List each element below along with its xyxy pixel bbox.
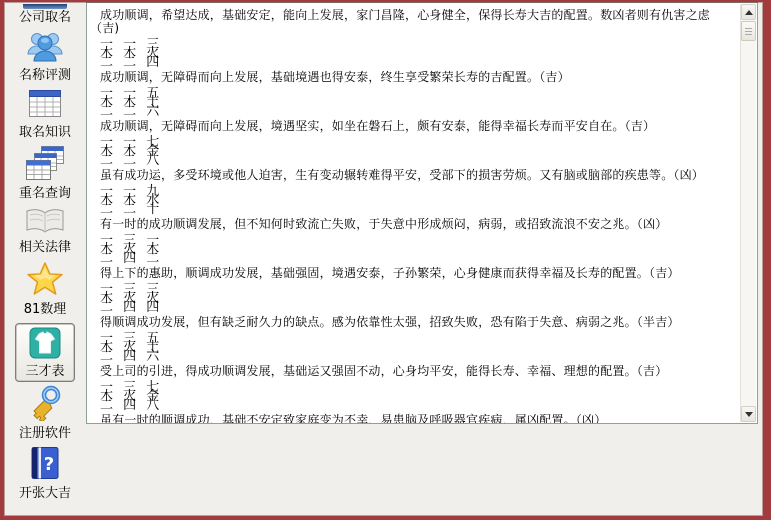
vertical-scrollbar[interactable] — [740, 4, 756, 422]
sidebar-item-name-evaluation[interactable]: 名称评测 — [19, 30, 71, 83]
entry-description: 虽有一时的顺调成功，基础不安定致家庭变为不幸，易患脑及呼吸器官疾病，属凶配置。（… — [90, 414, 739, 424]
entry-elements: 木 火 火 — [90, 294, 739, 303]
sancai-entry: 一 三 五 木 火 土 二 四 六 受上司的引进，得成功顺调发展，基础运又强固不… — [90, 334, 739, 378]
entry-description: 成功顺调，希望达成，基础安定，能向上发展，家门昌隆，心身健全，保得长寿大吉的配置… — [90, 9, 739, 35]
entry-numbers-top: 一 一 五 — [90, 89, 739, 98]
sidebar-item-label: 名称评测 — [19, 68, 71, 83]
entry-numbers-top: 一 一 九 — [90, 187, 739, 196]
star-icon — [26, 261, 64, 301]
entry-elements: 木 火 土 — [90, 343, 739, 352]
sancai-entry: 一 一 九 木 木 水 二 二 十 有一时的成功顺调发展，但不知何时致流亡失败，… — [90, 187, 739, 231]
sidebar-item-sancai-table[interactable]: 三才表 — [15, 323, 75, 382]
svg-text:?: ? — [44, 454, 54, 475]
entry-elements: 木 木 水 — [90, 196, 739, 205]
sidebar-item-label: 重名查询 — [19, 186, 71, 201]
sidebar-item-related-laws[interactable]: 相关法律 — [19, 207, 71, 255]
sancai-text-panel: 成功顺调，希望达成，基础安定，能向上发展，家门昌隆，心身健全，保得长寿大吉的配置… — [86, 2, 758, 424]
sancai-entry: 成功顺调，希望达成，基础安定，能向上发展，家门昌隆，心身健全，保得长寿大吉的配置… — [90, 9, 739, 35]
scroll-down-button[interactable] — [741, 406, 756, 422]
people-icon — [26, 30, 64, 67]
sidebar-item-duplicate-name-search[interactable]: 重名查询 — [19, 145, 71, 201]
help-book-icon: ? — [30, 446, 60, 485]
sancai-entries: 成功顺调，希望达成，基础安定，能向上发展，家门昌隆，心身健全，保得长寿大吉的配置… — [90, 9, 739, 424]
scroll-down-arrow-icon — [745, 412, 753, 417]
entry-elements: 木 火 木 — [90, 245, 739, 254]
sancai-entry: 一 一 七 木 木 金 二 二 八 虽有成功运，多受环境或他人迫害，生有变动辗转… — [90, 138, 739, 182]
sancai-entry: 一 一 五 木 木 土 二 二 六 成功顺调，无障碍而向上发展，境遇坚实，如坐在… — [90, 89, 739, 133]
sancai-entry: 一 三 三 木 火 火 二 四 四 得顺调成功发展，但有缺乏耐久力的缺点。感为依… — [90, 285, 739, 329]
sidebar-item-label: 开张大吉 — [19, 486, 71, 501]
sancai-entry: 一 三 一 木 火 木 二 四 二 得上下的惠助，顺调成功发展，基础强固，境遇安… — [90, 236, 739, 280]
entry-numbers-bottom: 二 二 十 — [90, 205, 739, 214]
sidebar-item-label: 公司取名 — [19, 10, 71, 25]
entry-numbers-bottom: 二 二 四 — [90, 58, 739, 67]
entry-elements: 木 火 金 — [90, 392, 739, 401]
sidebar-item-company-naming[interactable]: 公司取名 — [19, 4, 71, 25]
entry-numbers-top: 一 一 七 — [90, 138, 739, 147]
sidebar-item-label: 取名知识 — [19, 125, 71, 140]
entry-description: 受上司的引进，得成功顺调发展，基础运又强固不动，心身均平安，能得长寿、幸福、理想… — [90, 365, 739, 378]
sancai-entry: 一 三 七 木 火 金 二 四 八 虽有一时的顺调成功，基础不安定致家庭变为不幸… — [90, 383, 739, 424]
sidebar: 公司取名 名称评测 取名知识 — [4, 2, 86, 516]
entry-elements: 木 木 土 — [90, 98, 739, 107]
sidebar-item-naming-knowledge[interactable]: 取名知识 — [19, 87, 71, 140]
entry-numbers-bottom: 二 二 八 — [90, 156, 739, 165]
entry-numbers-top: 一 三 五 — [90, 334, 739, 343]
open-book-icon — [24, 207, 66, 239]
sancai-entry: 一 一 三 木 木 火 二 二 四 成功顺调，无障碍而向上发展，基础境遇也得安泰… — [90, 40, 739, 84]
entry-description: 成功顺调，无障碍而向上发展，基础境遇也得安泰，终生享受繁荣长寿的吉配置。（吉） — [90, 71, 739, 84]
entry-elements: 木 木 火 — [90, 49, 739, 58]
entry-numbers-bottom: 二 四 四 — [90, 303, 739, 312]
key-icon — [25, 385, 65, 425]
sidebar-item-label: 注册软件 — [19, 426, 71, 441]
entry-numbers-bottom: 二 四 八 — [90, 401, 739, 410]
tshirt-icon — [29, 327, 61, 363]
scroll-up-arrow-icon — [745, 10, 753, 15]
entry-elements: 木 木 金 — [90, 147, 739, 156]
entry-numbers-top: 一 三 七 — [90, 383, 739, 392]
sidebar-item-register-software[interactable]: 注册软件 — [19, 385, 71, 441]
sidebar-item-81-numerology[interactable]: 81数理 — [24, 261, 67, 317]
sidebar-item-grand-opening[interactable]: ? 开张大吉 — [19, 446, 71, 501]
entry-description: 成功顺调，无障碍而向上发展，境遇坚实，如坐在磐石上，颇有安泰，能得幸福长寿而平安… — [90, 120, 739, 133]
company-naming-icon — [23, 4, 67, 9]
entry-description: 有一时的成功顺调发展，但不知何时致流亡失败，于失意中形成烦闷，病弱，或招致流浪不… — [90, 218, 739, 231]
entry-numbers-top: 一 三 三 — [90, 285, 739, 294]
entry-numbers-top: 一 三 一 — [90, 236, 739, 245]
stacked-tables-icon — [24, 145, 66, 185]
entry-description: 得顺调成功发展，但有缺乏耐久力的缺点。感为依靠性太强，招致失败，恐有陷于失意、病… — [90, 316, 739, 329]
entry-numbers-top: 一 一 三 — [90, 40, 739, 49]
scroll-up-button[interactable] — [741, 4, 756, 20]
table-icon — [27, 87, 63, 124]
entry-numbers-bottom: 二 二 六 — [90, 107, 739, 116]
sidebar-item-label: 三才表 — [25, 364, 64, 379]
sidebar-item-label: 81数理 — [24, 302, 67, 317]
scrollbar-thumb[interactable] — [741, 21, 756, 41]
entry-numbers-bottom: 二 四 二 — [90, 254, 739, 263]
sidebar-item-label: 相关法律 — [19, 240, 71, 255]
entry-description: 得上下的惠助，顺调成功发展，基础强固，境遇安泰，子孙繁荣，心身健康而获得幸福及长… — [90, 267, 739, 280]
entry-numbers-bottom: 二 四 六 — [90, 352, 739, 361]
entry-description: 虽有成功运，多受环境或他人迫害，生有变动辗转难得平安，受部下的损害劳烦。又有脑或… — [90, 169, 739, 182]
